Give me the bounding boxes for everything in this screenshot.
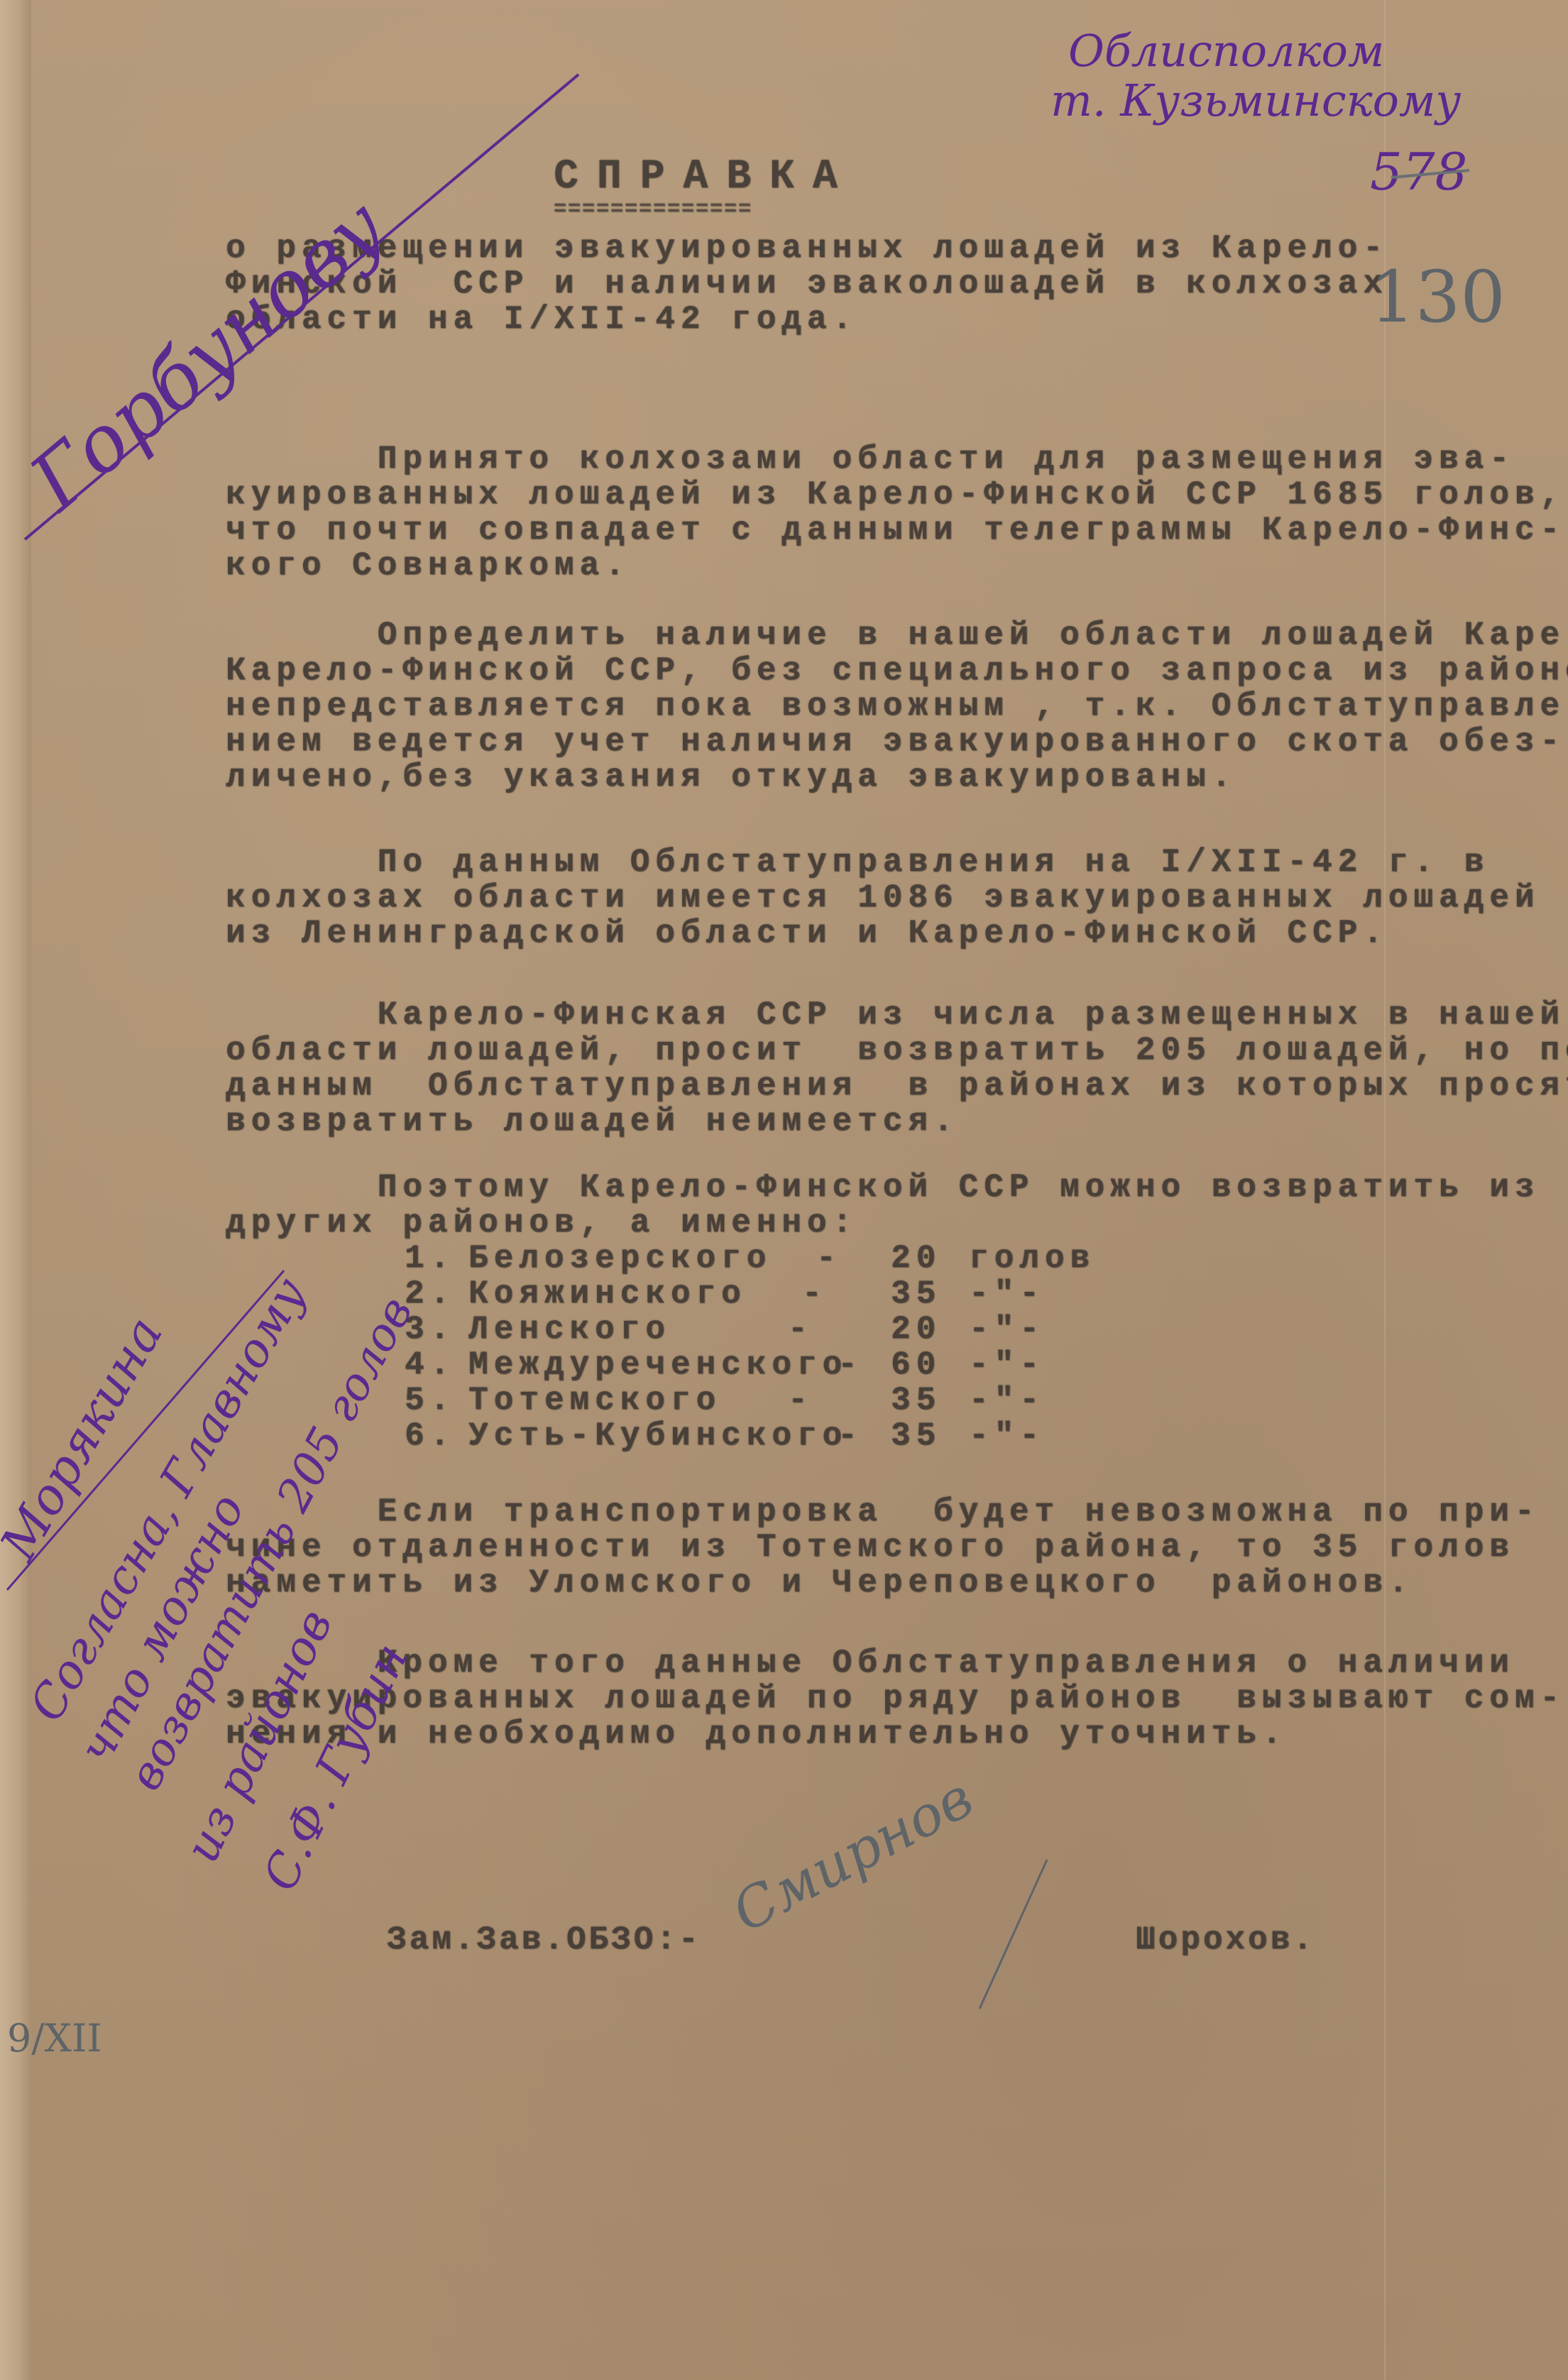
district-dash: - — [788, 1383, 813, 1418]
district-name: Кояжинского — [468, 1276, 747, 1312]
district-unit: -"- — [969, 1418, 1045, 1454]
signatory-name: Шорохов. — [1136, 1922, 1315, 1958]
pencil-page-number: 130 — [1370, 256, 1506, 339]
signature-pencil-line — [980, 1860, 1047, 2009]
district-count: 20 — [891, 1241, 941, 1276]
district-dash: - — [788, 1312, 813, 1347]
district-num: 4. — [405, 1347, 455, 1383]
text-line: наметить из Уломского и Череповецкого ра… — [226, 1565, 1413, 1601]
district-unit: -"- — [969, 1347, 1045, 1383]
signature-scribble: Смирнов — [723, 1766, 983, 1945]
text-line: других районов, а именно: — [226, 1205, 857, 1241]
text-line: возвратить лошадей неимеется. — [226, 1104, 959, 1139]
district-count: 35 — [891, 1276, 941, 1312]
district-unit: -"- — [969, 1312, 1045, 1347]
document-title: СПРАВКА — [554, 160, 856, 195]
handwritten-addressee-line: т. Кузьминскому — [1051, 75, 1461, 126]
subject-line: Финской ССР и наличии эваколошадей в кол… — [226, 266, 1388, 302]
text-line: личено,без указания откуда эвакуированы. — [226, 759, 1237, 795]
district-num: 6. — [405, 1418, 455, 1454]
text-line: Если транспортировка будет невозможна по… — [226, 1494, 1540, 1530]
district-name: Усть-Кубинского — [468, 1418, 848, 1454]
district-num: 2. — [405, 1276, 455, 1312]
district-count: 35 — [891, 1418, 941, 1454]
district-count: 60 — [891, 1347, 941, 1383]
district-name: Междуреченского — [468, 1347, 848, 1383]
text-line: Принято колхозами области для размещения… — [226, 442, 1515, 477]
text-line: По данным Облстатуправления на I/XII-42 … — [226, 845, 1489, 880]
text-line: Карело-Финская ССР из числа размещенных … — [226, 997, 1565, 1033]
district-dash: - — [816, 1241, 842, 1276]
text-line: Поэтому Карело-Финской ССР можно возврат… — [226, 1170, 1540, 1205]
pencil-date-note: 9/XII — [7, 2016, 102, 2061]
district-unit: -"- — [969, 1383, 1045, 1418]
district-dash: - — [838, 1347, 863, 1383]
text-line: из Ленинградской области и Карело-Финско… — [226, 916, 1388, 951]
title-underline: ============== — [554, 192, 752, 227]
district-unit: голов — [969, 1241, 1095, 1276]
district-num: 1. — [405, 1241, 455, 1276]
district-name: Тотемского — [468, 1383, 721, 1418]
handwritten-addressee-line: Облисполком — [1068, 25, 1384, 77]
district-unit: -"- — [969, 1276, 1045, 1312]
signatory-position: Зам.Зав.ОБЗО:- — [387, 1922, 701, 1958]
text-line: Карело-Финской ССР, без специального зап… — [226, 653, 1568, 689]
text-line: эвакуированных лошадей по ряду районов в… — [226, 1681, 1565, 1716]
district-name: Ленского — [468, 1312, 671, 1347]
text-line: нием ведется учет наличия эвакуированног… — [226, 724, 1565, 759]
district-dash: - — [838, 1418, 863, 1454]
archival-document-page: СПРАВКА ============== о размещении эвак… — [0, 0, 1568, 2380]
text-line: чине отдаленности из Тотемского района, … — [226, 1530, 1515, 1565]
text-line: кого Совнаркома. — [226, 548, 630, 583]
text-line: непредставляется пока возможным , т.к. О… — [226, 689, 1568, 724]
text-line: данным Облстатуправления в районах из ко… — [226, 1068, 1568, 1104]
text-line: области лошадей, просит возвратить 205 л… — [226, 1033, 1568, 1068]
text-line: Определить наличие в нашей области лошад… — [226, 618, 1565, 653]
district-count: 35 — [891, 1383, 941, 1418]
district-count: 20 — [891, 1312, 941, 1347]
district-dash: - — [802, 1276, 828, 1312]
text-line: что почти совпадает с данными телеграммы… — [226, 512, 1565, 548]
text-line: Кроме того данные Облстатуправления о на… — [226, 1645, 1515, 1681]
text-line: колхозах области имеется 1086 эвакуирова… — [226, 880, 1540, 916]
district-num: 5. — [405, 1383, 455, 1418]
handwritten-page-number: 578 — [1370, 142, 1467, 202]
text-line: куированных лошадей из Карело-Финской СС… — [226, 477, 1565, 512]
district-name: Белозерского — [468, 1241, 772, 1276]
